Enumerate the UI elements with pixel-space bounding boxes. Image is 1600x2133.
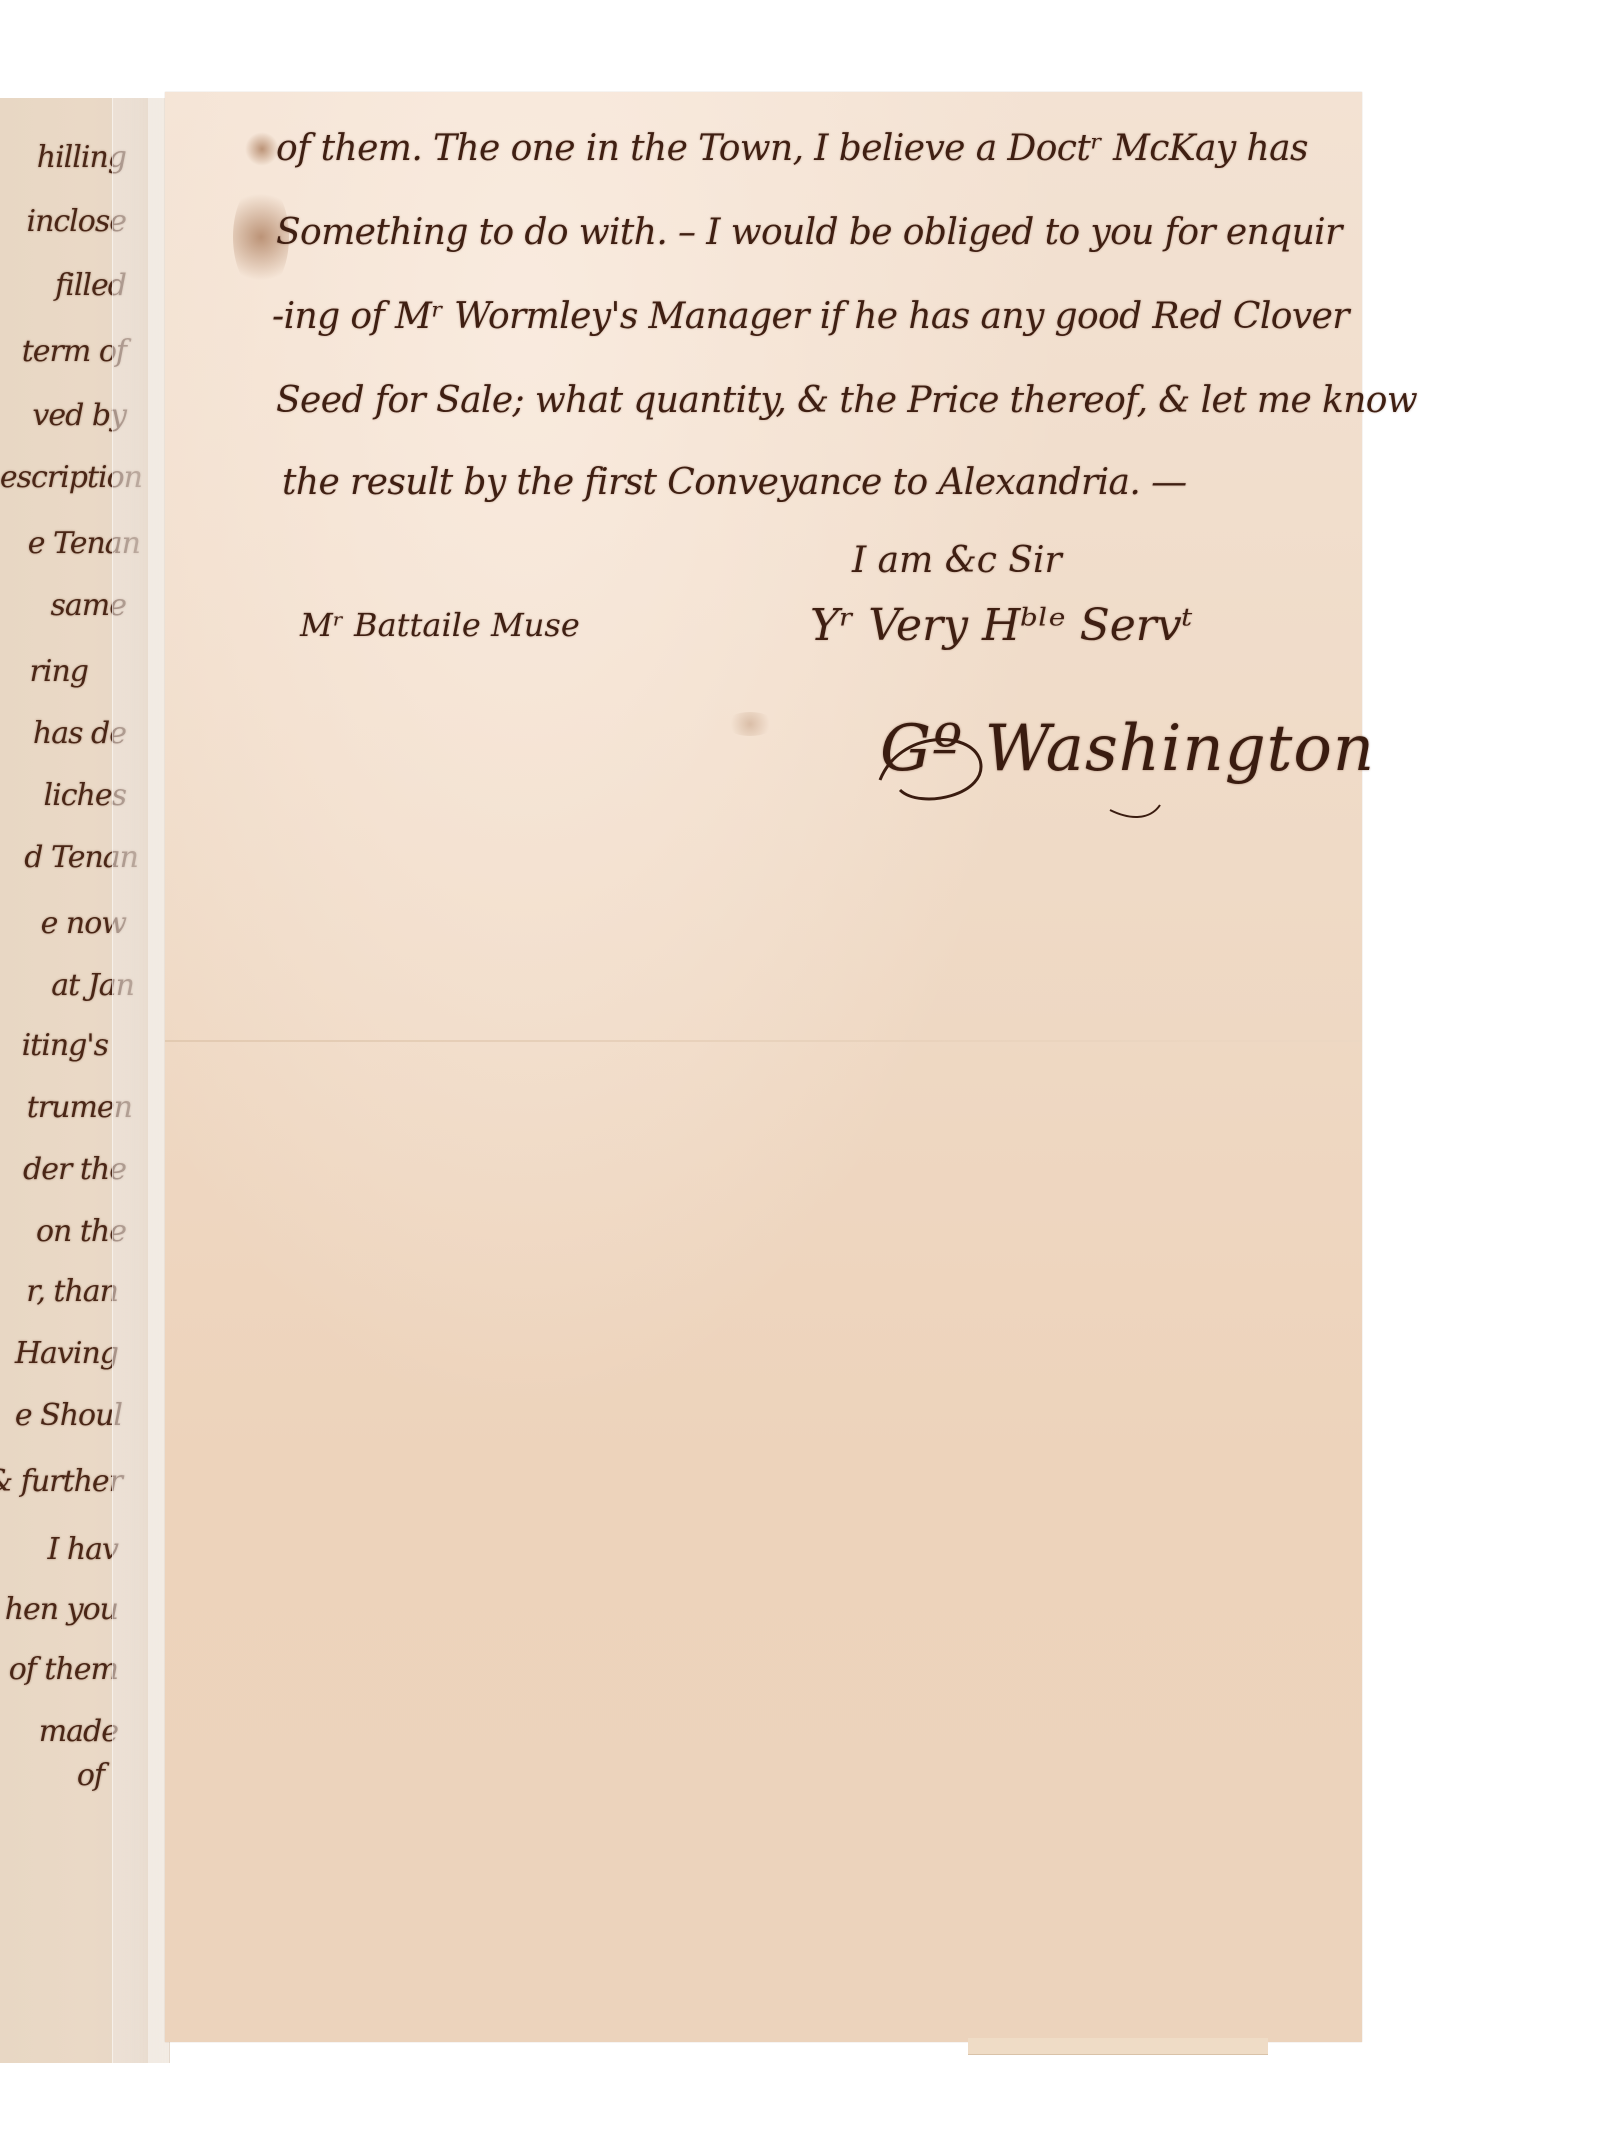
letter-line: -ing of Mʳ Wormley's Manager if he has a… [272,296,1349,337]
left-line: term of [22,334,126,369]
left-line: of [77,1758,104,1793]
left-line: e Shoul [15,1398,122,1433]
left-line: hen you [5,1592,118,1627]
closing-salutation: I am &c Sir [852,540,1062,581]
letter-line: the result by the first Conveyance to Al… [282,462,1186,503]
foxing-spot [725,712,775,736]
letter-line: Something to do with. – I would be oblig… [276,212,1342,253]
left-line: Having [15,1336,118,1371]
left-line: & further [0,1464,122,1499]
ink-stain [245,132,279,166]
paper-tab [968,2038,1268,2055]
hinge-strip [112,98,170,2063]
left-line: I hav [47,1532,118,1567]
fold-crease [165,1040,1362,1042]
letter-line: Seed for Sale; what quantity, & the Pric… [276,380,1417,421]
letter-line: of them. The one in the Town, I believe … [276,128,1308,169]
signature: Gº Washington [880,712,1375,786]
left-line: iting's [22,1028,108,1063]
left-line: der the [23,1152,126,1187]
addressee: Mʳ Battaile Muse [300,606,580,644]
left-line: of them [9,1652,118,1687]
closing-complimentary: Yʳ Very Hᵇˡᵉ Servᵗ [810,600,1193,651]
left-line: ring [30,654,88,689]
left-line: r, than [26,1274,118,1309]
left-line: made [39,1714,118,1749]
